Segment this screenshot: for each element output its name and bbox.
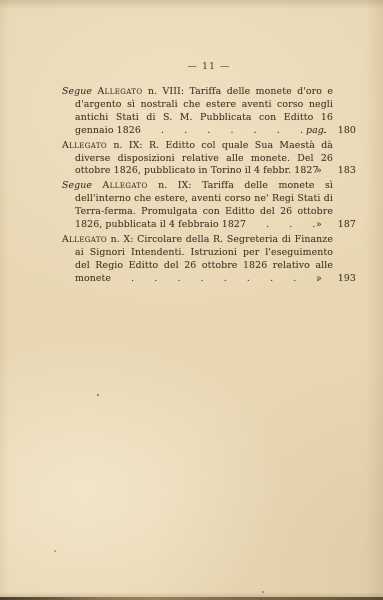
paper-speck [97, 394, 99, 396]
toc-page-ref-label: pag. [306, 125, 327, 138]
toc-page-ref-label: » [306, 165, 322, 178]
toc-entry-text: Segue Allegato n. IX: Tariffa delle mone… [62, 180, 333, 232]
toc-entry: Allegato n. X: Circolare della R. Segret… [62, 234, 356, 286]
toc-entry: Allegato n. IX: R. Editto col quale Sua … [62, 140, 356, 179]
toc-leader-dots: . . . . . . . . . [111, 273, 319, 284]
toc-entry-lead: Segue [62, 86, 97, 97]
toc-entry-text: Segue Allegato n. VIII: Tariffa delle mo… [62, 86, 333, 138]
toc-page-number: 183 [338, 165, 356, 178]
toc-page-ref-label: » [306, 273, 322, 286]
toc-entry-keyword: Allegato [62, 234, 107, 245]
toc-entry: Segue Allegato n. VIII: Tariffa delle mo… [62, 86, 356, 138]
toc-entry-body: n. IX: R. Editto col quale Sua Maestà dà… [75, 140, 333, 177]
paper-speck [54, 550, 56, 552]
toc-leader-dots: . . . . . . . . [141, 125, 326, 136]
toc-page-ref: pag.180 [306, 125, 356, 138]
toc-page-ref: »193 [306, 273, 356, 286]
toc-entry-text: Allegato n. IX: R. Editto col quale Sua … [62, 140, 333, 179]
table-of-contents: Segue Allegato n. VIII: Tariffa delle mo… [62, 86, 356, 288]
toc-page-number: 193 [338, 273, 356, 286]
paper-speck [262, 591, 264, 593]
toc-entry-keyword: Allegato [62, 140, 107, 151]
toc-entry-keyword: Allegato [103, 180, 148, 191]
toc-entry-text: Allegato n. X: Circolare della R. Segret… [62, 234, 333, 286]
toc-page-ref: »187 [306, 219, 356, 232]
toc-entry-keyword: Allegato [97, 86, 142, 97]
toc-entry: Segue Allegato n. IX: Tariffa delle mone… [62, 180, 356, 232]
toc-page-ref-label: » [306, 219, 322, 232]
book-page-scan: — 11 — Segue Allegato n. VIII: Tariffa d… [0, 0, 383, 600]
toc-page-number: 180 [338, 125, 356, 138]
toc-page-number: 187 [338, 219, 356, 232]
page-number-header: — 11 — [62, 61, 356, 72]
toc-entry-lead: Segue [62, 180, 103, 191]
toc-page-ref: »183 [306, 165, 356, 178]
